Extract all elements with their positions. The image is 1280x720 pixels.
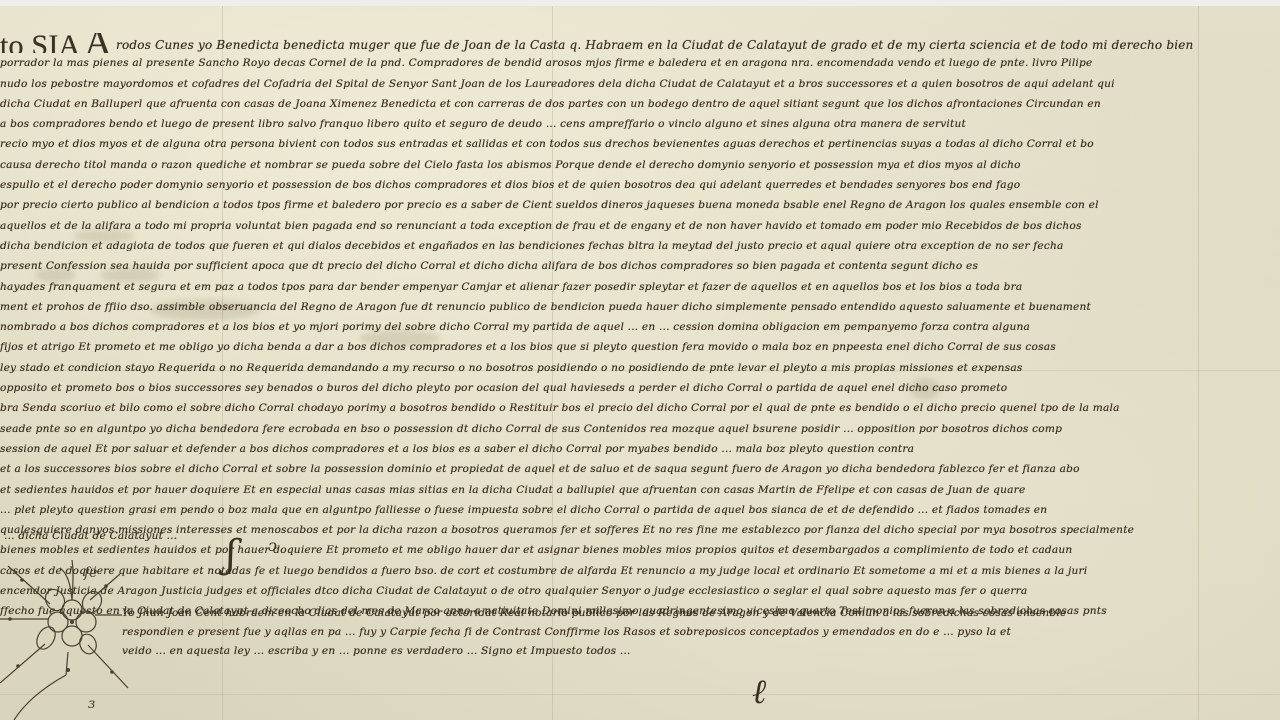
deed-body: to SIAArodos Cunes yo Benedicta benedict… bbox=[0, 33, 1280, 622]
deed-line: nombrado a bos dichos compradores et a l… bbox=[0, 317, 1280, 337]
closing-line-container: ... dicha Ciudat de Calatayut ... bbox=[0, 526, 177, 546]
deed-line: ment et prohos de ffiio dso. assimble ob… bbox=[0, 297, 1280, 317]
closing-line: ... dicha Ciudat de Calatayut ... bbox=[0, 526, 177, 546]
deed-line: encendor Justicia de Aragon Justicia jud… bbox=[0, 581, 1280, 601]
notary-paraph-flourish: ℓ bbox=[752, 672, 766, 712]
deed-line: hayades franquament et segura et em paz … bbox=[0, 277, 1280, 297]
line-text: rodos Cunes yo Benedicta benedicta muger… bbox=[116, 38, 1193, 52]
deed-line: porrador la mas pienes al presente Sanch… bbox=[0, 53, 1280, 73]
deed-line: et sedientes hauidos et por hauer doquie… bbox=[0, 480, 1280, 500]
deed-line: session de aquel Et por saluar et defend… bbox=[0, 439, 1280, 459]
deed-line: bienes mobles et sedientes hauidos et po… bbox=[0, 540, 1280, 560]
signum-initials: fe bbox=[83, 565, 97, 581]
deed-line: recio myo et dios myos et de alguna otra… bbox=[0, 134, 1280, 154]
notary-line: veido ... en aquesta ley ... escriba y e… bbox=[122, 642, 1280, 661]
notary-subscription: Yo Jhun Joan Cent habraem en la Ciudat d… bbox=[122, 604, 1280, 661]
deed-line: qualesquiere danyos missiones interesses… bbox=[0, 520, 1280, 540]
deed-line: bra Senda scoriuo et bilo como el sobre … bbox=[0, 398, 1280, 418]
deed-line: ... plet pleyto question grasi em pendo … bbox=[0, 500, 1280, 520]
fold-line bbox=[0, 694, 1280, 695]
opening-words: to SIA bbox=[0, 33, 80, 53]
notary-line: Yo Jhun Joan Cent habraem en la Ciudat d… bbox=[122, 604, 1280, 623]
deed-line: opposito et prometo bos o bios successor… bbox=[0, 378, 1280, 398]
deed-line: dicha bendicion et adagiota de todos que… bbox=[0, 236, 1280, 256]
deed-line-1: to SIAArodos Cunes yo Benedicta benedict… bbox=[0, 33, 1280, 53]
deed-line: et a los successores bios sobre el dicho… bbox=[0, 459, 1280, 479]
deed-line: casos et de doquiere que habitare et not… bbox=[0, 561, 1280, 581]
deed-line: aquellos et de la alifara a todo mi prop… bbox=[0, 216, 1280, 236]
deed-line: ley stado et condicion stayo Requerida o… bbox=[0, 358, 1280, 378]
deed-line: seade pnte so en alguntpo yo dicha bende… bbox=[0, 419, 1280, 439]
deed-line: fijos et atrigo Et prometo et me obligo … bbox=[0, 337, 1280, 357]
deed-line: present Confession sea hauida por suffic… bbox=[0, 256, 1280, 276]
deed-line: nudo los pebostre mayordomos et cofadres… bbox=[0, 74, 1280, 94]
deed-line: dicha Ciudat en Balluperl que afruenta c… bbox=[0, 94, 1280, 114]
deed-line: espullo et el derecho poder domynio seny… bbox=[0, 175, 1280, 195]
notary-line: respondien e present fue y aqllas en pa … bbox=[122, 623, 1280, 642]
paraph-flourish: ʃ bbox=[226, 532, 236, 576]
deed-line: a bos compradores bendo et luego de pres… bbox=[0, 114, 1280, 134]
svg-text:ɜ: ɜ bbox=[88, 696, 95, 712]
deed-line: por precio cierto publico al bendicion a… bbox=[0, 195, 1280, 215]
paraph-mark: ↄ bbox=[268, 536, 277, 555]
decorated-initial: A bbox=[84, 33, 112, 53]
deed-line: causa derecho titol manda o razon quedic… bbox=[0, 155, 1280, 175]
